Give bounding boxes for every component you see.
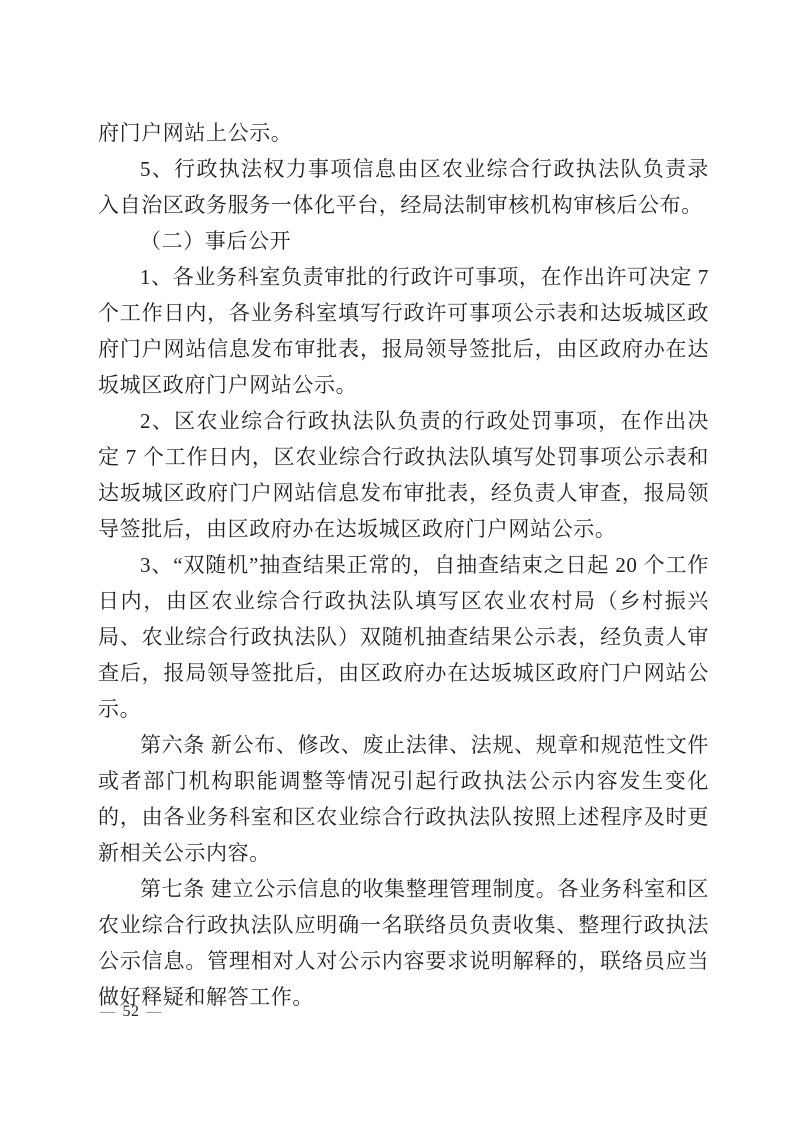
paragraph-item-3: 3、“双随机”抽查结果正常的，自抽查结束之日起 20 个工作日内，由区农业综合行… — [98, 547, 709, 727]
paragraph-subheading-ex-post: （二）事后公开 — [98, 223, 709, 259]
paragraph-article-7: 第七条 建立公示信息的收集整理管理制度。各业务科室和区农业综合行政执法队应明确一… — [98, 871, 709, 1015]
paragraph-item-5: 5、行政执法权力事项信息由区农业综合行政执法队负责录入自治区政务服务一体化平台，… — [98, 151, 709, 223]
footer-dash-left: — — [100, 1001, 116, 1023]
page-number: 52 — [123, 1001, 140, 1023]
paragraph-item-2: 2、区农业综合行政执法队负责的行政处罚事项，在作出决定 7 个工作日内，区农业综… — [98, 403, 709, 547]
paragraph-item-1: 1、各业务科室负责审批的行政许可事项，在作出许可决定 7 个工作日内，各业务科室… — [98, 259, 709, 403]
page-footer: — 52 — — [100, 1001, 162, 1023]
page-canvas: 府门户网站上公示。 5、行政执法权力事项信息由区农业综合行政执法队负责录入自治区… — [0, 0, 793, 1122]
paragraph-article-6: 第六条 新公布、修改、废止法律、法规、规章和规范性文件或者部门机构职能调整等情况… — [98, 727, 709, 871]
footer-dash-right: — — [147, 1001, 163, 1023]
paragraph-continuation: 府门户网站上公示。 — [98, 115, 709, 151]
document-page: { "document": { "paragraphs": [ "府门户网站上公… — [0, 0, 793, 1122]
document-body: 府门户网站上公示。 5、行政执法权力事项信息由区农业综合行政执法队负责录入自治区… — [98, 115, 709, 1015]
